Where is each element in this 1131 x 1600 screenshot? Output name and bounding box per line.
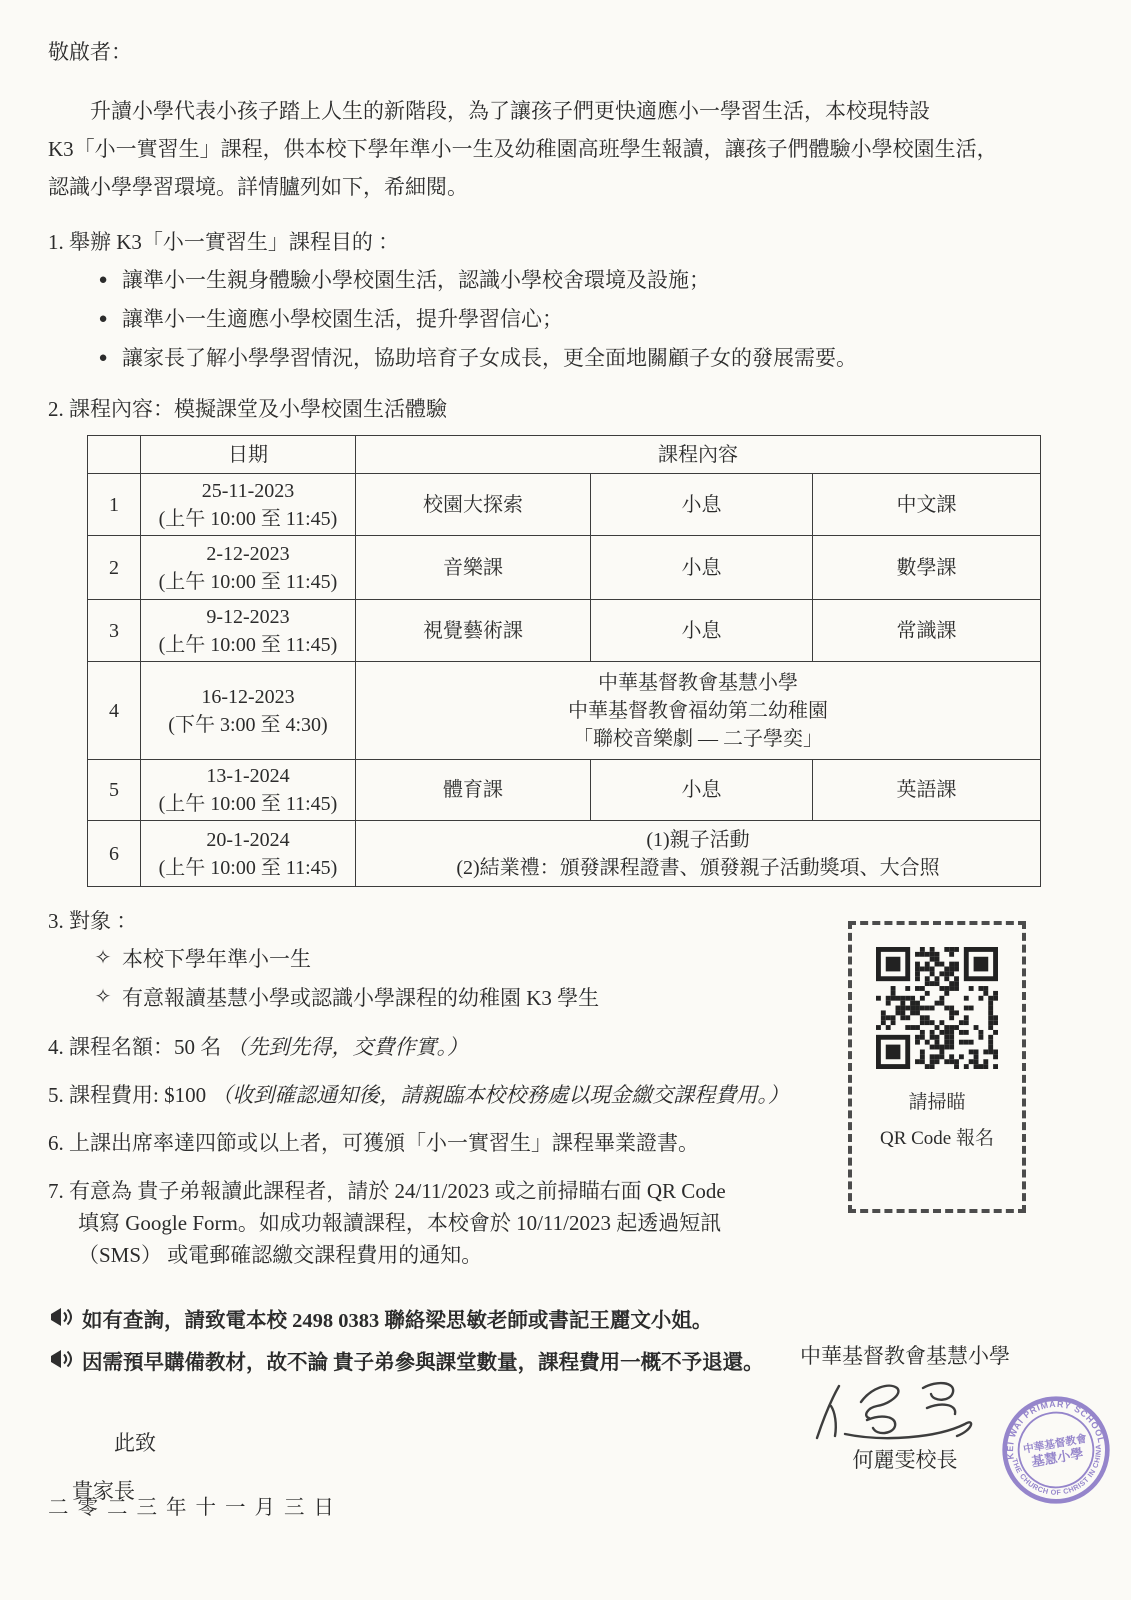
row-num: 1 [88, 474, 141, 536]
section4: 4. 課程名額：50 名 （先到先得，交費作實。） [48, 1031, 848, 1061]
row-merged-cell: (1)親子活動 (2)結業禮：頒發課程證書、頒發親子活動獎項、大合照 [356, 821, 1041, 887]
row-num: 3 [88, 600, 141, 662]
section5-text: 5. 課程費用: $100 [48, 1083, 211, 1107]
row-cell: 小息 [591, 474, 813, 536]
row-date: 9-12-2023 (上午 10:00 至 11:45) [141, 600, 356, 662]
qr-caption: 請掃瞄 QR Code 報名 [880, 1085, 994, 1157]
note-text: 因需預早購備教材，故不論 貴子弟參與課堂數量，課程費用一概不予退還。 [82, 1345, 764, 1375]
row-cell: 體育課 [356, 760, 591, 821]
header-date: 日期 [141, 436, 356, 474]
bullet-icon: ● [84, 304, 122, 334]
table-row: 1 25-11-2023 (上午 10:00 至 11:45) 校園大探索 小息… [88, 474, 1041, 536]
section4-text: 4. 課程名額：50 名 [48, 1035, 227, 1059]
table-row: 4 16-12-2023 (下午 3:00 至 4:30) 中華基督教會基慧小學… [88, 662, 1041, 760]
section2-heading: 2. 課程內容：模擬課堂及小學校園生活體驗 [48, 393, 1087, 423]
row-date: 20-1-2024 (上午 10:00 至 11:45) [141, 821, 356, 887]
list-item: ● 讓準小一生適應小學校園生活，提升學習信心； [48, 304, 1087, 334]
row-num: 5 [88, 760, 141, 821]
section1-bullets: ● 讓準小一生親身體驗小學校園生活，認識小學校舍環境及設施； ● 讓準小一生適應… [48, 265, 1087, 373]
course-schedule-table: 日期 課程內容 1 25-11-2023 (上午 10:00 至 11:45) … [87, 435, 1041, 887]
note-text: 如有查詢，請致電本校 2498 0383 聯絡梁思敏老師或書記王麗文小姐。 [82, 1303, 712, 1333]
section5: 5. 課程費用: $100 （收到確認通知後，請親臨本校校務處以現金繳交課程費用… [48, 1079, 848, 1109]
list-item: ● 讓家長了解小學學習情況，協助培育子女成長，更全面地關顧子女的發展需要。 [48, 343, 1087, 373]
row-cell: 小息 [591, 536, 813, 600]
row-cell: 常識課 [813, 600, 1041, 662]
row-num: 4 [88, 662, 141, 760]
date-line: 二零二三年十一月三日 [48, 1490, 343, 1520]
row-num: 6 [88, 821, 141, 887]
row-date: 13-1-2024 (上午 10:00 至 11:45) [141, 760, 356, 821]
qr-registration-box: 請掃瞄 QR Code 報名 [848, 921, 1026, 1213]
row-cell: 音樂課 [356, 536, 591, 600]
bullet-text: 讓家長了解小學學習情況，協助培育子女成長，更全面地關顧子女的發展需要。 [122, 343, 857, 373]
section5-note: （收到確認通知後，請親臨本校校務處以現金繳交課程費用。） [211, 1083, 789, 1107]
header-num [88, 436, 141, 474]
diamond-icon: ✧ [84, 983, 122, 1011]
row-cell: 小息 [591, 760, 813, 821]
section7-line2: 填寫 Google Form。如成功報讀課程，本校會於 10/11/2023 起… [78, 1207, 868, 1237]
section1-heading: 1. 舉辦 K3「小一實習生」課程目的 ： [48, 226, 1087, 256]
salutation: 敬啟者： [48, 36, 1087, 66]
section4-note: （先到先得，交費作實。） [227, 1035, 469, 1059]
row-cell: 中文課 [813, 474, 1041, 536]
row-date: 16-12-2023 (下午 3:00 至 4:30) [141, 662, 356, 760]
row-cell: 視覺藝術課 [356, 600, 591, 662]
section3-heading: 3. 對象 ： [48, 905, 848, 935]
section7-line3: （SMS） 或電郵確認繳交課程費用的通知。 [78, 1239, 868, 1269]
table-row: 6 20-1-2024 (上午 10:00 至 11:45) (1)親子活動 (… [88, 821, 1041, 887]
note-line: 如有查詢，請致電本校 2498 0383 聯絡梁思敏老師或書記王麗文小姐。 [48, 1303, 1087, 1333]
row-cell: 校園大探索 [356, 474, 591, 536]
row-date: 2-12-2023 (上午 10:00 至 11:45) [141, 536, 356, 600]
header-content: 課程內容 [356, 436, 1041, 474]
megaphone-icon [48, 1306, 74, 1328]
qr-code [876, 947, 998, 1069]
table-header-row: 日期 課程內容 [88, 436, 1041, 474]
bullet-text: 有意報讀基慧小學或認識小學課程的幼稚園 K3 學生 [122, 983, 599, 1013]
intro-paragraph: 升讀小學代表小孩子踏上人生的新階段，為了讓孩子們更快適應小一學習生活，本校現特設… [48, 92, 1068, 206]
qr-caption-line1: 請掃瞄 [880, 1085, 994, 1121]
table-row: 2 2-12-2023 (上午 10:00 至 11:45) 音樂課 小息 數學… [88, 536, 1041, 600]
row-merged-cell: 中華基督教會基慧小學 中華基督教會福幼第二幼稚園 「聯校音樂劇 — 二子學奕」 [356, 662, 1041, 760]
qr-caption-line2: QR Code 報名 [880, 1121, 994, 1157]
letter-page: 敬啟者： 升讀小學代表小孩子踏上人生的新階段，為了讓孩子們更快適應小一學習生活，… [0, 0, 1131, 1600]
bullet-icon: ● [84, 343, 122, 373]
school-name: 中華基督教會基慧小學 [745, 1340, 1065, 1370]
row-date: 25-11-2023 (上午 10:00 至 11:45) [141, 474, 356, 536]
bullet-text: 讓準小一生適應小學校園生活，提升學習信心； [122, 304, 563, 334]
table-row: 5 13-1-2024 (上午 10:00 至 11:45) 體育課 小息 英語… [88, 760, 1041, 821]
bullet-icon: ● [84, 265, 122, 295]
row-cell: 小息 [591, 600, 813, 662]
section6: 6. 上課出席率達四節或以上者，可獲頒「小一實習生」課程畢業證書。 [48, 1127, 848, 1157]
bullet-text: 讓準小一生親身體驗小學校園生活，認識小學校舍環境及設施； [122, 265, 710, 295]
school-stamp: KEI WAI PRIMARY SCHOOL THE CHURCH OF CHR… [991, 1385, 1121, 1515]
table-row: 3 9-12-2023 (上午 10:00 至 11:45) 視覺藝術課 小息 … [88, 600, 1041, 662]
row-cell: 英語課 [813, 760, 1041, 821]
section7-line1: 7. 有意為 貴子弟報讀此課程者，請於 24/11/2023 或之前掃瞄右面 Q… [48, 1175, 848, 1205]
list-item: ● 讓準小一生親身體驗小學校園生活，認識小學校舍環境及設施； [48, 265, 1087, 295]
lower-section: 3. 對象 ： ✧ 本校下學年準小一生 ✧ 有意報讀基慧小學或認識小學課程的幼稚… [48, 905, 1087, 1269]
row-num: 2 [88, 536, 141, 600]
diamond-icon: ✧ [84, 944, 122, 972]
row-cell: 數學課 [813, 536, 1041, 600]
megaphone-icon [48, 1348, 74, 1370]
bullet-text: 本校下學年準小一生 [122, 944, 311, 974]
